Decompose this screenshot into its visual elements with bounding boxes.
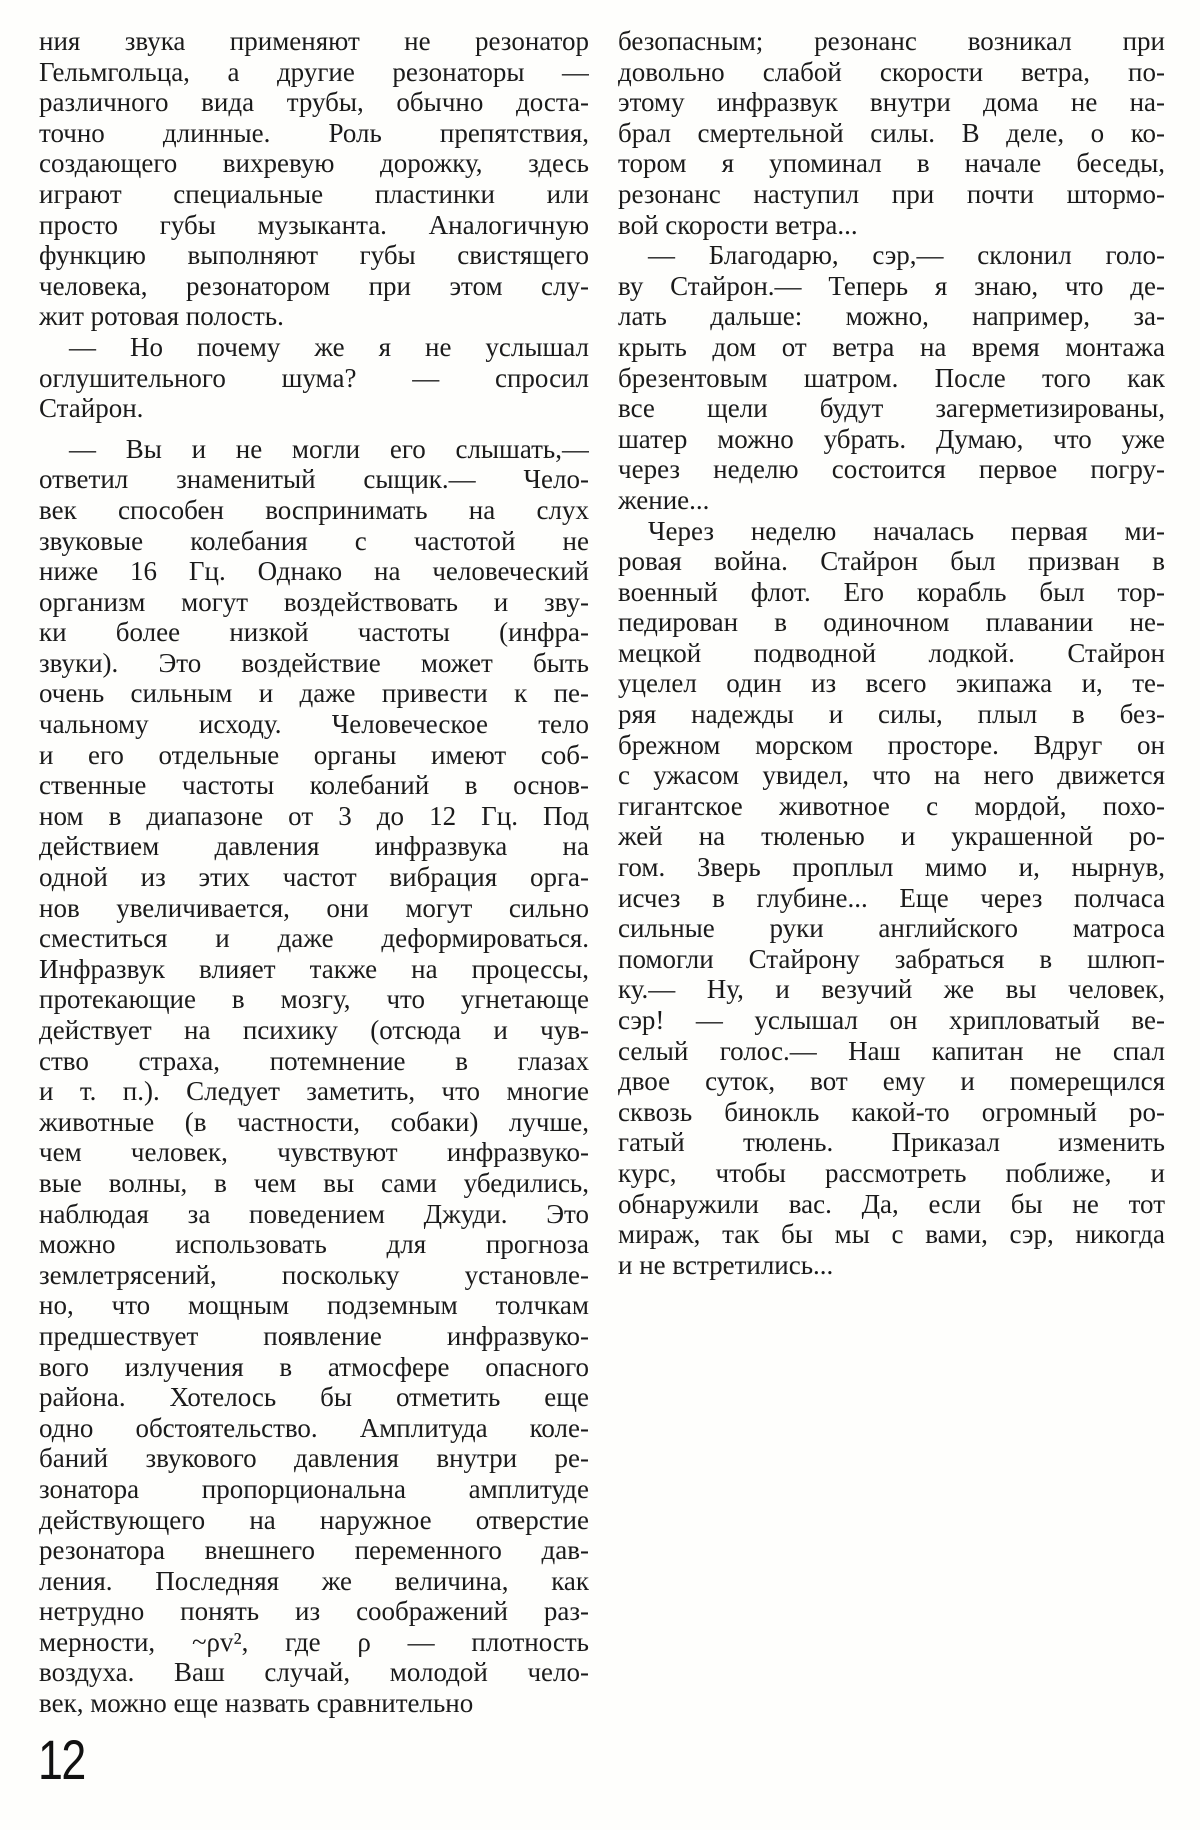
text-line: этому инфразвук внутри дома не на- — [618, 87, 1165, 118]
text-line: — Благодарю, сэр,— склонил голо- — [618, 240, 1165, 271]
paragraph: — Но почему же я не услышалоглушительног… — [39, 332, 589, 424]
text-line: сквозь бинокль какой-то огромный ро- — [618, 1097, 1165, 1128]
text-line: — Но почему же я не услышал — [39, 332, 589, 363]
text-line: но, что мощным подземным толчкам — [39, 1290, 589, 1321]
text-line: ство страха, потемнение в глазах — [39, 1046, 589, 1077]
text-line: различного вида трубы, обычно доста- — [39, 87, 589, 118]
text-line: сместиться и даже деформироваться. — [39, 923, 589, 954]
paragraph: ния звука применяют не резонаторГельмгол… — [39, 26, 589, 332]
text-line: век, можно еще назвать сравнительно — [39, 1688, 589, 1719]
text-line: век способен воспринимать на слух — [39, 495, 589, 526]
text-line: исчез в глубине... Еще через полчаса — [618, 883, 1165, 914]
text-line: курс, чтобы рассмотреть поближе, и — [618, 1158, 1165, 1189]
text-line: звуки). Это воздействие может быть — [39, 648, 589, 679]
text-line: землетрясений, поскольку установле- — [39, 1260, 589, 1291]
text-line: селый голос.— Наш капитан не спал — [618, 1036, 1165, 1067]
text-line: Гельмгольца, а другие резонаторы — — [39, 57, 589, 88]
text-line: животные (в частности, собаки) лучше, — [39, 1107, 589, 1138]
text-line: протекающие в мозгу, что угнетающе — [39, 984, 589, 1015]
text-line: оглушительного шума? — спросил — [39, 363, 589, 394]
text-line: брежном морском просторе. Вдруг он — [618, 730, 1165, 761]
text-line: ответил знаменитый сыщик.— Чело- — [39, 464, 589, 495]
text-line: чальному исходу. Человеческое тело — [39, 709, 589, 740]
text-line: ниже 16 Гц. Однако на человеческий — [39, 556, 589, 587]
text-line: ки более низкой частоты (инфра- — [39, 617, 589, 648]
text-line: нов увеличивается, они могут сильно — [39, 893, 589, 924]
text-line: действием давления инфразвука на — [39, 831, 589, 862]
text-line: мерности, ~ρv², где ρ — плотность — [39, 1627, 589, 1658]
text-line: и не встретились... — [618, 1250, 1165, 1281]
left-column: ния звука применяют не резонаторГельмгол… — [39, 26, 589, 1719]
text-line: ровая война. Стайрон был призван в — [618, 546, 1165, 577]
text-line: играют специальные пластинки или — [39, 179, 589, 210]
text-line: Инфразвук влияет также на процессы, — [39, 954, 589, 985]
text-line: жей на тюленью и украшенной ро- — [618, 821, 1165, 852]
text-line: жит ротовая полость. — [39, 301, 589, 332]
text-line: жение... — [618, 485, 1165, 516]
text-line: мецкой подводной лодкой. Стайрон — [618, 638, 1165, 669]
book-page: ния звука применяют не резонаторГельмгол… — [0, 0, 1200, 1830]
text-line: военный флот. Его корабль был тор- — [618, 577, 1165, 608]
text-line: звуковые колебания с частотой не — [39, 526, 589, 557]
text-line: — Вы и не могли его слышать,— — [39, 434, 589, 465]
text-line: ряя надежды и силы, плыл в без- — [618, 699, 1165, 730]
right-column: безопасным; резонанс возникал придовольн… — [618, 26, 1165, 1280]
text-line: района. Хотелось бы отметить еще — [39, 1382, 589, 1413]
text-line: ном в диапазоне от 3 до 12 Гц. Под — [39, 801, 589, 832]
text-line: все щели будут загерметизированы, — [618, 393, 1165, 424]
text-line: очень сильным и даже привести к пе- — [39, 678, 589, 709]
text-line: нетрудно понять из соображений раз- — [39, 1596, 589, 1627]
text-line: предшествует появление инфразвуко- — [39, 1321, 589, 1352]
text-line: с ужасом увидел, что на него движется — [618, 760, 1165, 791]
text-line: мираж, так бы мы с вами, сэр, никогда — [618, 1219, 1165, 1250]
text-line: создающего вихревую дорожку, здесь — [39, 148, 589, 179]
text-line: безопасным; резонанс возникал при — [618, 26, 1165, 57]
text-line: через неделю состоится первое погру- — [618, 454, 1165, 485]
text-line: ственные частоты колебаний в основ- — [39, 770, 589, 801]
text-line: довольно слабой скорости ветра, по- — [618, 57, 1165, 88]
text-line: педирован в одиночном плавании не- — [618, 607, 1165, 638]
text-line: ния звука применяют не резонатор — [39, 26, 589, 57]
text-line: вого излучения в атмосфере опасного — [39, 1352, 589, 1383]
text-line: действующего на наружное отверстие — [39, 1505, 589, 1536]
text-line: брал смертельной силы. В деле, о ко- — [618, 118, 1165, 149]
text-line: воздуха. Ваш случай, молодой чело- — [39, 1657, 589, 1688]
text-line: человека, резонатором при этом слу- — [39, 271, 589, 302]
text-line: наблюдая за поведением Джуди. Это — [39, 1199, 589, 1230]
text-line: просто губы музыканта. Аналогичную — [39, 210, 589, 241]
paragraph: — Благодарю, сэр,— склонил голо-ву Стайр… — [618, 240, 1165, 515]
text-line: функцию выполняют губы свистящего — [39, 240, 589, 271]
text-line: сильные руки английского матроса — [618, 913, 1165, 944]
text-line: ления. Последняя же величина, как — [39, 1566, 589, 1597]
text-line: зонатора пропорциональна амплитуде — [39, 1474, 589, 1505]
text-line: вые волны, в чем вы сами убедились, — [39, 1168, 589, 1199]
text-line: ку.— Ну, и везучий же вы человек, — [618, 974, 1165, 1005]
paragraph: — Вы и не могли его слышать,—ответил зна… — [39, 434, 589, 1719]
text-line: Стайрон. — [39, 393, 589, 424]
text-line: Через неделю началась первая ми- — [618, 516, 1165, 547]
paragraph: Через неделю началась первая ми-ровая во… — [618, 516, 1165, 1281]
text-line: чем человек, чувствуют инфразвуко- — [39, 1137, 589, 1168]
text-line: лать дальше: можно, например, за- — [618, 301, 1165, 332]
text-line: действует на психику (отсюда и чув- — [39, 1015, 589, 1046]
paragraph: безопасным; резонанс возникал придовольн… — [618, 26, 1165, 240]
text-line: ву Стайрон.— Теперь я знаю, что де- — [618, 271, 1165, 302]
text-line: и его отдельные органы имеют соб- — [39, 740, 589, 771]
paragraph-gap — [39, 424, 589, 434]
text-line: одно обстоятельство. Амплитуда коле- — [39, 1413, 589, 1444]
text-line: уцелел один из всего экипажа и, те- — [618, 668, 1165, 699]
text-line: помогли Стайрону забраться в шлюп- — [618, 944, 1165, 975]
text-line: точно длинные. Роль препятствия, — [39, 118, 589, 149]
text-line: баний звукового давления внутри ре- — [39, 1443, 589, 1474]
text-line: и т. п.). Следует заметить, что многие — [39, 1076, 589, 1107]
text-line: шатер можно убрать. Думаю, что уже — [618, 424, 1165, 455]
text-line: тором я упоминал в начале беседы, — [618, 148, 1165, 179]
text-line: организм могут воздействовать и зву- — [39, 587, 589, 618]
text-line: обнаружили вас. Да, если бы не тот — [618, 1189, 1165, 1220]
text-line: брезентовым шатром. После того как — [618, 363, 1165, 394]
text-line: вой скорости ветра... — [618, 210, 1165, 241]
text-line: гатый тюлень. Приказал изменить — [618, 1127, 1165, 1158]
text-line: крыть дом от ветра на время монтажа — [618, 332, 1165, 363]
text-line: резонатора внешнего переменного дав- — [39, 1535, 589, 1566]
text-line: гигантское животное с мордой, похо- — [618, 791, 1165, 822]
page-number: 12 — [38, 1727, 85, 1792]
text-line: одной из этих частот вибрация орга- — [39, 862, 589, 893]
text-line: гом. Зверь проплыл мимо и, нырнув, — [618, 852, 1165, 883]
text-line: резонанс наступил при почти штормо- — [618, 179, 1165, 210]
text-line: двое суток, вот ему и померещился — [618, 1066, 1165, 1097]
text-line: можно использовать для прогноза — [39, 1229, 589, 1260]
text-line: сэр! — услышал он хрипловатый ве- — [618, 1005, 1165, 1036]
